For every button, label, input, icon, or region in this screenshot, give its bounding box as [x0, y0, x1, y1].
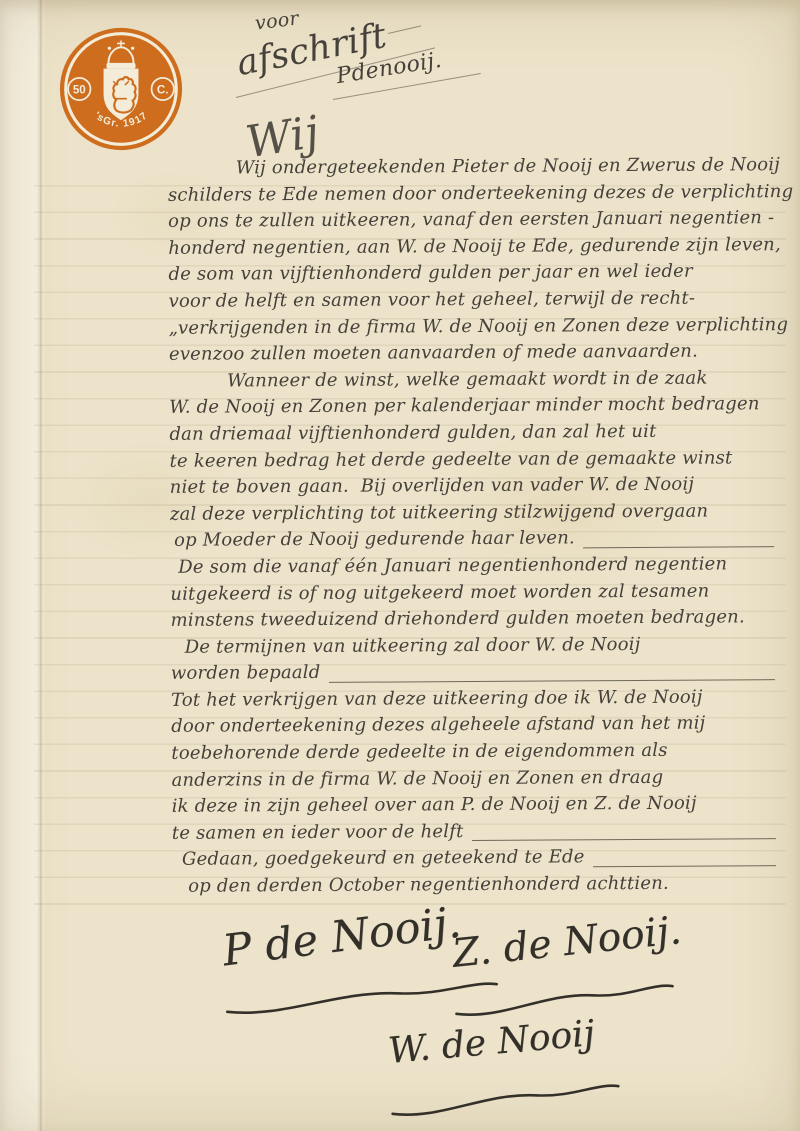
document-line: door onderteekening dezes algeheele afst…: [171, 713, 777, 743]
line-text: worden bepaald: [171, 662, 321, 684]
signature-flourish: [452, 980, 677, 1020]
document-line: ik deze in zijn geheel over aan P. de No…: [172, 792, 778, 822]
line-text: ik deze in zijn geheel over aan P. de No…: [172, 793, 697, 817]
signature: P de Nooij.: [222, 912, 461, 962]
line-text: toebehorende derde gedeelte in de eigend…: [171, 740, 667, 764]
revenue-stamp: 50 C. 'sGr. 1917: [56, 25, 186, 153]
line-filler-rule: [593, 865, 776, 867]
line-filler-rule: [472, 839, 776, 842]
signature-name: Z. de Nooij.: [450, 908, 683, 977]
document-line: Wij ondergeteekenden Pieter de Nooij en …: [168, 154, 774, 184]
document-line: anderzins in de firma W. de Nooij en Zon…: [171, 766, 777, 796]
stamp-denomination: 50: [73, 83, 86, 96]
document-line: zal deze verplichting tot uitkeering sti…: [170, 500, 776, 530]
signature-name: P de Nooij.: [220, 898, 464, 977]
line-text: honderd negentien, aan W. de Nooij te Ed…: [168, 234, 781, 259]
line-text: zal deze verplichting tot uitkeering sti…: [170, 500, 708, 524]
document-line: worden bepaald: [171, 659, 777, 689]
document-line: schilders te Ede nemen door onderteekeni…: [168, 181, 774, 211]
annotation-voor: voor: [254, 7, 300, 34]
document-line: minstens tweeduizend driehonderd gulden …: [170, 606, 776, 636]
line-text: te keeren bedrag het derde gedeelte van …: [170, 447, 733, 471]
document-line: honderd negentien, aan W. de Nooij te Ed…: [168, 234, 774, 264]
line-text: De termijnen van uitkeering zal door W. …: [185, 634, 641, 658]
document-line: de som van vijftienhonderd gulden per ja…: [168, 261, 774, 291]
line-text: op ons te zullen uitkeeren, vanaf den ee…: [168, 207, 774, 232]
document-line: te keeren bedrag het derde gedeelte van …: [170, 447, 776, 477]
document-line: evenzoo zullen moeten aanvaarden of mede…: [169, 340, 775, 370]
line-text: „verkrijgenden in de firma W. de Nooij e…: [169, 314, 788, 339]
paper-fold-crease: [37, 0, 45, 1131]
paper-left-margin: [0, 0, 40, 1131]
line-filler-rule: [329, 679, 775, 683]
signature-name: W. de Nooij: [387, 1013, 597, 1072]
document-line: Gedaan, goedgekeurd en geteekend te Ede: [172, 846, 778, 876]
line-text: minstens tweeduizend driehonderd gulden …: [170, 606, 744, 631]
document-line: toebehorende derde gedeelte in de eigend…: [171, 739, 777, 769]
line-text: dan driemaal vijftienhonderd gulden, dan…: [169, 421, 656, 445]
document-line: Tot het verkrijgen van deze uitkeering d…: [171, 686, 777, 716]
line-text: de som van vijftienhonderd gulden per ja…: [168, 261, 692, 285]
signature: Z. de Nooij.: [452, 920, 682, 965]
line-text: Wanneer de winst, welke gemaakt wordt in…: [227, 367, 708, 391]
line-text: anderzins in de firma W. de Nooij en Zon…: [171, 766, 663, 790]
line-text: op Moeder de Nooij gedurende haar leven.: [174, 528, 575, 551]
document-line: dan driemaal vijftienhonderd gulden, dan…: [169, 420, 775, 450]
line-filler-rule: [583, 546, 774, 548]
document-line: op Moeder de Nooij gedurende haar leven.: [170, 526, 776, 556]
line-text: niet te boven gaan. Bij overlijden van v…: [170, 474, 695, 498]
document-line: voor de helft en samen voor het geheel, …: [169, 287, 775, 317]
line-text: Wij ondergeteekenden Pieter de Nooij en …: [236, 154, 780, 178]
document-line: op ons te zullen uitkeeren, vanaf den ee…: [168, 207, 774, 237]
line-text: schilders te Ede nemen door onderteekeni…: [168, 181, 793, 206]
signature: W. de Nooij: [388, 1022, 595, 1063]
line-text: W. de Nooij en Zonen per kalenderjaar mi…: [169, 394, 760, 419]
line-text: evenzoo zullen moeten aanvaarden of mede…: [169, 341, 698, 365]
document-line: W. de Nooij en Zonen per kalenderjaar mi…: [169, 393, 775, 423]
document-line: Wanneer de winst, welke gemaakt wordt in…: [169, 367, 775, 397]
line-text: op den derden October negentienhonderd a…: [188, 873, 669, 897]
document-line: uitgekeerd is of nog uitgekeerd moet wor…: [170, 580, 776, 610]
line-text: door onderteekening dezes algeheele afst…: [171, 713, 705, 737]
line-text: Tot het verkrijgen van deze uitkeering d…: [171, 686, 703, 710]
annotation-dash: [388, 25, 421, 34]
document-body: Wij ondergeteekenden Pieter de Nooij en …: [168, 154, 779, 902]
stamp-currency: C.: [157, 83, 169, 96]
document-line: op den derden October negentienhonderd a…: [172, 872, 778, 902]
document-line: niet te boven gaan. Bij overlijden van v…: [170, 473, 776, 503]
line-text: Gedaan, goedgekeurd en geteekend te Ede: [182, 847, 585, 870]
document-line: De termijnen van uitkeering zal door W. …: [171, 633, 777, 663]
signature-flourish: [388, 1080, 623, 1120]
document-line: te samen en ieder voor de helft: [172, 819, 778, 849]
line-text: voor de helft en samen voor het geheel, …: [169, 288, 696, 312]
line-text: te samen en ieder voor de helft: [172, 821, 464, 844]
line-text: De som die vanaf één Januari negentienho…: [178, 553, 727, 577]
document-line: De som die vanaf één Januari negentienho…: [170, 553, 776, 583]
document-line: „verkrijgenden in de firma W. de Nooij e…: [169, 314, 775, 344]
line-text: uitgekeerd is of nog uitgekeerd moet wor…: [170, 580, 709, 604]
